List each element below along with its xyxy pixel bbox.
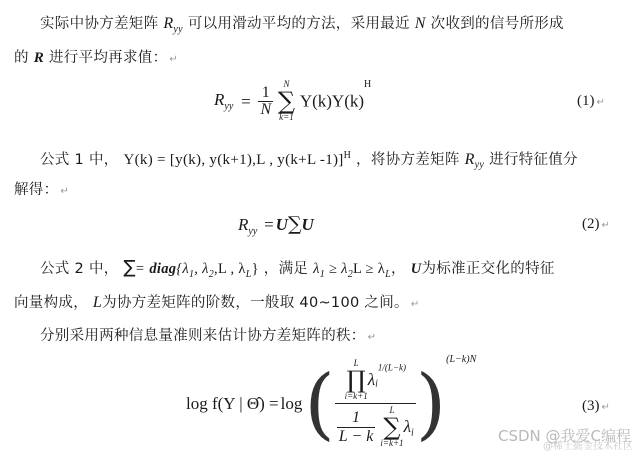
eq-lhs: R — [214, 90, 224, 109]
denominator: L − k — [337, 428, 376, 446]
set-mid: , λ — [194, 261, 208, 277]
superscript: 1/(L−k) — [378, 363, 406, 373]
set-close: } — [252, 261, 259, 277]
eq-number: (2) — [582, 216, 600, 232]
summation: L ∑ i=k+1 — [380, 406, 403, 448]
denominator: N — [258, 102, 273, 118]
eq-number: (3) — [582, 398, 600, 414]
numerator: 1 — [258, 85, 273, 102]
subscript: yy — [475, 160, 484, 171]
paragraph-return-icon: ↵ — [602, 220, 610, 231]
equals-sign: = — [241, 92, 251, 111]
paragraph-return-icon: ↵ — [602, 402, 610, 413]
math-symbol-r: R — [465, 151, 475, 168]
eq-number: (1) — [577, 93, 595, 109]
diag-operator: diag — [149, 261, 176, 277]
text: 解得： — [14, 182, 58, 198]
subscript: yy — [224, 101, 233, 112]
paragraph-3-line-1: 公式 2 中， ∑= diag{λ1, λ2,L , λL} ，满足 λ1 ≥ … — [40, 258, 555, 285]
text: 向量构成， — [14, 295, 88, 311]
set-tail: ,L , λ — [214, 261, 246, 277]
formula: Y(k) = [y(k), y(k+1),L , y(k+L -1)] — [123, 152, 343, 168]
equation-2: Ryy =U∑U — [238, 214, 314, 242]
sigma-icon: ∑ — [380, 415, 403, 439]
big-fraction: L ∏ i=k+1 λi1/(L−k) 1 L − k L ∑ i=k+1 λi — [335, 359, 416, 448]
text: 进行平均再求值： — [49, 50, 167, 66]
math-symbol-l: L — [93, 294, 102, 311]
paragraph-1-line-1: 实际中协方差矩阵 Ryy 可以用滑动平均的方法，采用最近 N 次收到的信号所形成 — [40, 14, 564, 40]
subscript: yy — [248, 226, 257, 237]
lambda: λ — [404, 417, 411, 436]
paragraph-return-icon: ↵ — [597, 97, 605, 108]
eq-body: Y(k)Y(k) — [300, 92, 364, 111]
sigma-icon: ∑ — [278, 89, 295, 113]
math-symbol-u: U — [302, 215, 314, 234]
equals-sign: = — [264, 215, 274, 234]
equation-1: Ryy = 1 N N ∑ k=1 Y(k)Y(k)H — [214, 80, 371, 122]
paragraph-return-icon: ↵ — [411, 299, 420, 310]
lambda: λ — [313, 261, 320, 277]
equation-1-number: (1)↵ — [577, 93, 605, 110]
pi-product-icon: ∏ — [345, 368, 368, 392]
equation-3: log f(Y | Θ̂) = log ( L ∏ i=k+1 λi1/(L−k… — [186, 356, 476, 451]
text: ， — [391, 261, 406, 277]
superscript: H — [364, 79, 371, 90]
subscript: i — [411, 428, 414, 439]
summation: N ∑ k=1 — [278, 80, 295, 122]
equation-3-number: (3)↵ — [582, 398, 610, 415]
cond-tail: L ≥ λ — [353, 261, 385, 277]
sum-lower: i=k+1 — [380, 439, 403, 448]
text: 公式 1 中， — [40, 152, 119, 168]
text: 可以用滑动平均的方法，采用最近 — [188, 16, 410, 32]
paragraph-return-icon: ↵ — [368, 332, 377, 343]
superscript: H — [344, 150, 352, 161]
equation-2-number: (2)↵ — [582, 216, 610, 233]
log-operator: log — [281, 394, 303, 414]
paragraph-2-line-1: 公式 1 中， Y(k) = [y(k), y(k+1),L , y(k+L -… — [40, 146, 578, 176]
math-symbol-r: R — [34, 50, 44, 66]
paragraph-1-line-2: 的 R 进行平均再求值：↵ — [14, 48, 178, 70]
math-symbol-u: U — [276, 215, 288, 234]
sigma-icon: ∑ — [288, 213, 302, 235]
equals-sign: = — [136, 261, 144, 277]
denominator: 1 L − k L ∑ i=k+1 λi — [335, 404, 416, 448]
sum-lower: k=1 — [278, 113, 295, 122]
text: 进行特征值分 — [489, 152, 578, 168]
text: 的 — [14, 50, 29, 66]
subscript: yy — [173, 24, 182, 35]
sigma-icon: ∑ — [123, 257, 135, 278]
paragraph-return-icon: ↵ — [169, 54, 178, 65]
numerator: L ∏ i=k+1 λi1/(L−k) — [335, 359, 416, 404]
paragraph-2-line-2: 解得：↵ — [14, 180, 69, 202]
paragraph-4: 分别采用两种信息量准则来估计协方差矩阵的秩：↵ — [40, 326, 376, 348]
lambda: λ — [368, 370, 375, 389]
text: 为协方差矩阵的阶数，一般取 40~100 之间。 — [102, 295, 409, 311]
right-paren: ) — [416, 365, 446, 443]
paragraph-return-icon: ↵ — [60, 186, 69, 197]
text: 为标准正交化的特征 — [421, 261, 554, 277]
numerator: 1 — [337, 409, 376, 428]
eq-lhs: R — [238, 215, 248, 234]
prod-lower: i=k+1 — [345, 392, 368, 401]
subscript: i — [375, 379, 378, 390]
cond-mid: ≥ λ — [325, 261, 348, 277]
text: 实际中协方差矩阵 — [40, 16, 158, 32]
paragraph-3-line-2: 向量构成， L为协方差矩阵的阶数，一般取 40~100 之间。↵ — [14, 293, 420, 315]
watermark-csdn: CSDN @我爱C编程 — [498, 425, 631, 446]
fraction: 1 N — [258, 85, 273, 118]
product: L ∏ i=k+1 — [345, 359, 368, 401]
text: ，满足 — [264, 261, 308, 277]
math-symbol-n: N — [415, 15, 426, 32]
inner-fraction: 1 L − k — [337, 409, 376, 446]
set-open: {λ — [176, 261, 189, 277]
text: 次收到的信号所形成 — [431, 16, 564, 32]
superscript: (L−k)N — [446, 354, 476, 365]
eq-lhs: log f(Y | Θ̂) = — [186, 394, 279, 414]
math-symbol-r: R — [163, 15, 173, 32]
text: ，将协方差矩阵 — [356, 152, 460, 168]
text: 分别采用两种信息量准则来估计协方差矩阵的秩： — [40, 328, 366, 344]
text: 公式 2 中， — [40, 261, 119, 277]
left-paren: ( — [304, 365, 334, 443]
math-symbol-u: U — [411, 261, 422, 277]
